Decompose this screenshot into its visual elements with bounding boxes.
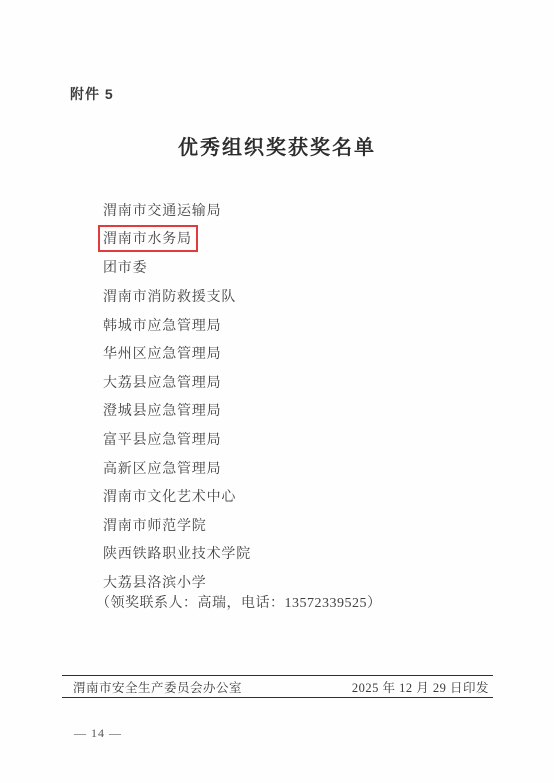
list-item: 渭南市文化艺术中心 — [103, 482, 514, 511]
winner-name: 渭南市交通运输局 — [103, 200, 221, 220]
winner-name: 大荔县洛滨小学 — [103, 572, 207, 592]
winner-name: 渭南市水务局 — [103, 232, 192, 247]
list-item: 大荔县应急管理局 — [103, 368, 514, 397]
list-item: 渭南市水务局 — [103, 225, 514, 254]
page-number: — 14 — — [74, 726, 122, 741]
winner-list: 渭南市交通运输局 渭南市水务局 团市委 渭南市消防救援支队 韩城市应急管理局 华… — [103, 196, 514, 596]
list-item: 澄城县应急管理局 — [103, 396, 514, 425]
winner-name: 华州区应急管理局 — [103, 343, 221, 363]
list-item: 陕西铁路职业技术学院 — [103, 539, 514, 568]
list-item: 渭南市交通运输局 — [103, 196, 514, 225]
attachment-label: 附件 5 — [70, 84, 114, 104]
list-item: 韩城市应急管理局 — [103, 310, 514, 339]
document-page: 附件 5 优秀组织奖获奖名单 渭南市交通运输局 渭南市水务局 团市委 渭南市消防… — [0, 0, 554, 783]
footer-issuer: 渭南市安全生产委员会办公室 — [73, 678, 242, 696]
footer-band: 渭南市安全生产委员会办公室 2025 年 12 月 29 日印发 — [62, 675, 493, 698]
list-item: 团市委 — [103, 253, 514, 282]
winner-name: 澄城县应急管理局 — [103, 400, 221, 420]
list-item: 高新区应急管理局 — [103, 453, 514, 482]
winner-name: 富平县应急管理局 — [103, 429, 221, 449]
winner-name: 渭南市文化艺术中心 — [103, 486, 236, 506]
highlight-annotation-box: 渭南市水务局 — [98, 225, 198, 252]
winner-name: 团市委 — [103, 257, 147, 277]
winner-name: 渭南市消防救援支队 — [103, 286, 236, 306]
contact-note: （领奖联系人：高瑞，电话：13572339525） — [96, 592, 382, 612]
winner-name: 韩城市应急管理局 — [103, 315, 221, 335]
winner-name: 大荔县应急管理局 — [103, 372, 221, 392]
list-item: 华州区应急管理局 — [103, 339, 514, 368]
footer-print-date: 2025 年 12 月 29 日印发 — [352, 678, 489, 696]
winner-name: 陕西铁路职业技术学院 — [103, 543, 251, 563]
winner-name: 高新区应急管理局 — [103, 458, 221, 478]
winner-name: 渭南市师范学院 — [103, 515, 207, 535]
list-item: 富平县应急管理局 — [103, 425, 514, 454]
list-item: 渭南市师范学院 — [103, 511, 514, 540]
page-title: 优秀组织奖获奖名单 — [0, 131, 554, 160]
list-item: 渭南市消防救援支队 — [103, 282, 514, 311]
